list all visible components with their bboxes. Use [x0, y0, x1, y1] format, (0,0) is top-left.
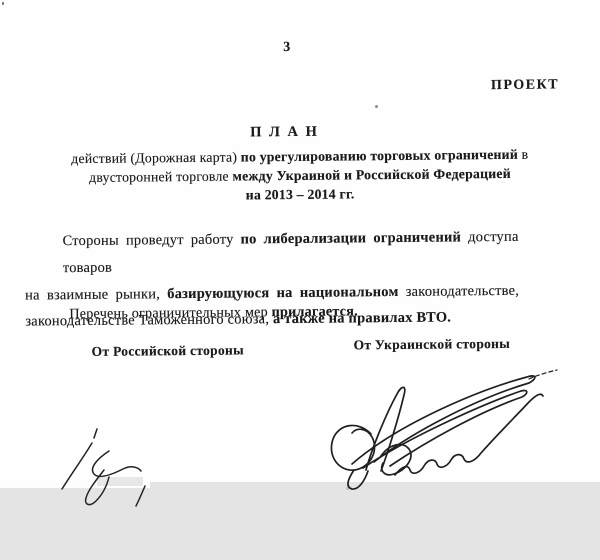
page-number: 3 — [0, 37, 587, 59]
paragraph-line-1: Стороны проведут работу по либерализации… — [24, 224, 518, 282]
document-text-layer: 3 ПРОЕКТ П Л А Н действий (Дорожная карт… — [0, 0, 600, 560]
russian-side-label: От Российской стороны — [92, 342, 244, 359]
scanned-document-page: 3 ПРОЕКТ П Л А Н действий (Дорожная карт… — [0, 0, 600, 560]
document-title: П Л А Н — [0, 121, 585, 144]
document-subtitle: действий (Дорожная карта) по урегулирова… — [0, 144, 600, 207]
draft-stamp: ПРОЕКТ — [491, 77, 559, 94]
ukrainian-side-label: От Украинской стороны — [354, 336, 511, 354]
